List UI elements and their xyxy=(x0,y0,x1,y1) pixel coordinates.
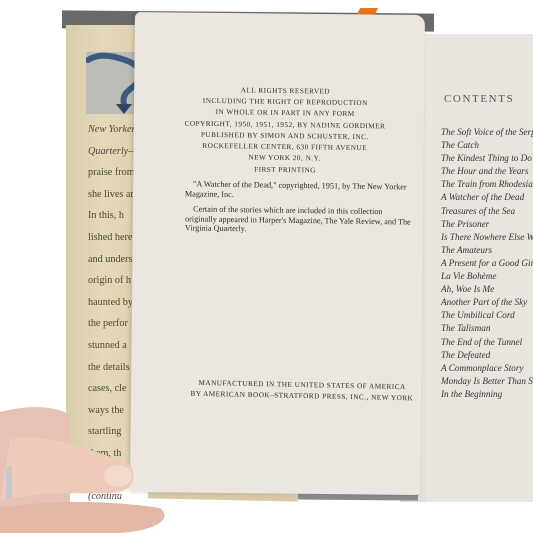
contents-item: The Amateurs xyxy=(441,244,533,257)
contents-item: A Watcher of the Dead xyxy=(441,191,533,204)
contents-item: Treasures of the Sea xyxy=(441,205,533,218)
contents-item: A Commonplace Story xyxy=(441,362,533,375)
credit-watcher: "A Watcher of the Dead," copyrighted, 19… xyxy=(185,179,415,201)
contents-item: Ah, Woe Is Me xyxy=(441,283,533,296)
contents-item: A Present for a Good Girl xyxy=(441,257,533,270)
contents-item: The End of the Tunnel xyxy=(441,336,533,349)
contents-item: The Kindest Thing to Do xyxy=(441,152,533,165)
contents-item: La Vie Bohème xyxy=(441,270,533,283)
contents-item: The Prisoner xyxy=(441,218,533,231)
contents-title: CONTENTS xyxy=(444,93,514,105)
contents-item: The Train from Rhodesia xyxy=(441,178,533,191)
contents-item: The Catch xyxy=(441,139,533,152)
contents-item: Another Part of the Sky xyxy=(441,296,533,309)
contents-item: The Defeated xyxy=(441,349,533,362)
credit-others: Certain of the stories which are include… xyxy=(185,204,415,236)
contents-item: The Hour and the Years xyxy=(441,165,533,178)
hand xyxy=(0,400,180,533)
contents-item: In the Beginning xyxy=(441,388,533,401)
contents-item: Monday Is Better Than Su xyxy=(441,375,533,388)
rights-block: ALL RIGHTS RESERVEDINCLUDING THE RIGHT O… xyxy=(149,84,420,166)
contents-item: The Talisman xyxy=(441,322,533,335)
contents-item: The Soft Voice of the Serp xyxy=(441,126,533,139)
contents-item: Is There Nowhere Else W xyxy=(441,231,533,244)
contents-item: The Umbilical Cord xyxy=(441,309,533,322)
contents-list: The Soft Voice of the SerpThe CatchThe K… xyxy=(441,126,533,401)
